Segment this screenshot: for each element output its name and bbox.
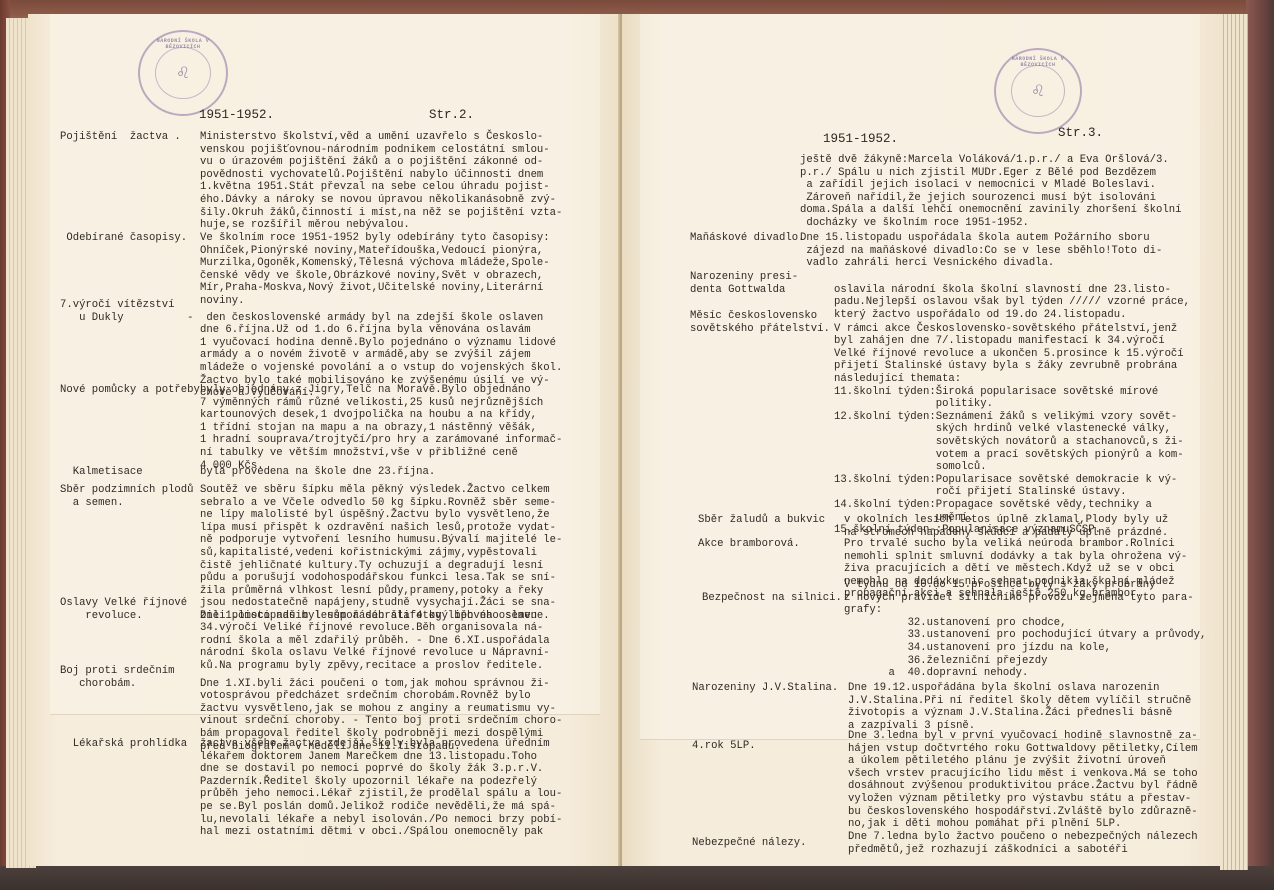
entry-label: Kalmetisace bbox=[60, 466, 143, 479]
entry-label: Boj proti srdečním chorobám. bbox=[60, 665, 174, 690]
left-page: NÁRODNÍ ŠKOLA V BĚZOVICÍCH ♌ 1951-1952. … bbox=[28, 14, 622, 866]
book-cover-right bbox=[1246, 0, 1274, 890]
stamp-text: NÁRODNÍ ŠKOLA V BĚZOVICÍCH bbox=[140, 38, 226, 50]
entry-body: Ve školním roce 1951-1952 byly odebírány… bbox=[200, 232, 550, 308]
entry-label: Maňáskové divadlo. bbox=[690, 232, 804, 245]
year-header: 1951-1952. bbox=[823, 132, 898, 146]
entry-body: Dne 1.listopadu byl uspořádán štafetový … bbox=[200, 597, 550, 673]
year-header: 1951-1952. bbox=[199, 108, 274, 122]
entry-body: žactva všeho žactva zdejší školy byla pr… bbox=[200, 738, 562, 839]
right-page: NÁRODNÍ ŠKOLA V BĚZOVICÍCH ♌ 1951-1952. … bbox=[622, 14, 1222, 866]
entry-label: Měsíc československo sovětského přátelst… bbox=[690, 310, 830, 335]
entry-body: V týdnu od 10.do 15.prosince byly s žáky… bbox=[844, 579, 1206, 680]
entry-label: Nebezpečné nálezy. bbox=[692, 837, 806, 850]
school-stamp: NÁRODNÍ ŠKOLA V BĚZOVICÍCH ♌ bbox=[994, 48, 1082, 134]
entry-body: Dne 15.listopadu uspořádala škola autem … bbox=[800, 232, 1162, 270]
entry-body: Dne 19.12.uspořádána byla školní oslava … bbox=[848, 682, 1191, 732]
lion-emblem-icon: ♌ bbox=[155, 47, 210, 100]
entry-label: 4.rok 5LP. bbox=[692, 740, 756, 753]
entry-label: Bezpečnost na silnici. bbox=[702, 579, 842, 604]
school-stamp: NÁRODNÍ ŠKOLA V BĚZOVICÍCH ♌ bbox=[138, 30, 228, 116]
entry-label: Narozeniny presi- denta Gottwalda bbox=[690, 271, 798, 296]
entry-body: byly objednány z Jigry,Telč na Moravě.By… bbox=[200, 384, 562, 472]
page-stack-right bbox=[1220, 14, 1248, 870]
book-cover-bottom bbox=[0, 866, 1274, 890]
entry-label: 7.výročí vítězství u Dukly - bbox=[60, 299, 194, 324]
entry-body: V rámci akce Československo-sovětského p… bbox=[834, 310, 1184, 537]
entry-label: Pojištění žactva . bbox=[60, 131, 181, 144]
entry-label: Lékařská prohlídka bbox=[60, 738, 187, 751]
entry-body: Dne 7.ledna bylo žactvo poučeno o nebezp… bbox=[848, 831, 1198, 856]
entry-body: byla provedena na škole dne 23.října. bbox=[200, 466, 435, 479]
entry-label: Sběr podzimních plodů a semen. bbox=[60, 484, 194, 509]
entry-body: v okolních lesích letos úplně zklamal,Pl… bbox=[844, 514, 1168, 539]
entry-body: Dne 3.ledna byl v první vyučovací hodině… bbox=[848, 730, 1198, 831]
entry-body: ještě dvě žákyně:Marcela Voláková/1.p.r.… bbox=[800, 154, 1181, 230]
lion-emblem-icon: ♌ bbox=[1011, 65, 1065, 118]
page-number: Str.3. bbox=[1058, 126, 1103, 140]
entry-label: Nové pomůcky a potřeby bbox=[60, 384, 200, 397]
entry-label: Sběr žaludů a bukvic bbox=[698, 514, 825, 527]
entry-label: Odebírané časopisy. bbox=[60, 232, 187, 245]
entry-label: Akce bramborová. bbox=[698, 538, 800, 551]
stamp-text: NÁRODNÍ ŠKOLA V BĚZOVICÍCH bbox=[996, 56, 1080, 68]
entry-label: Narozeniny J.V.Stalina. bbox=[692, 682, 838, 695]
entry-label: Oslavy Velké říjnové revoluce. bbox=[60, 597, 187, 622]
entry-body: Ministerstvo školství,věd a umění uzavře… bbox=[200, 131, 562, 232]
page-number: Str.2. bbox=[429, 108, 474, 122]
